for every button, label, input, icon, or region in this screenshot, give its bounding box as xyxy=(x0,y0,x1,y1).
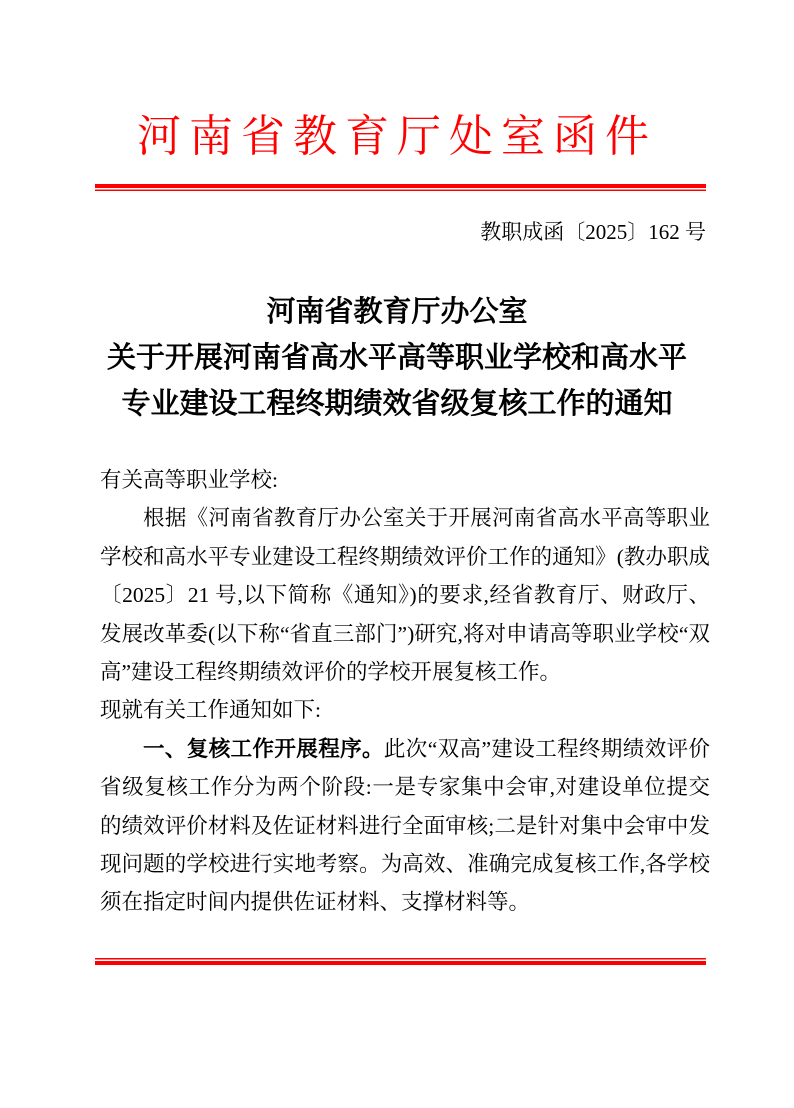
paragraph-1: 根据《河南省教育厅办公室关于开展河南省高水平高等职业学校和高水平专业建设工程终期… xyxy=(100,499,710,691)
document-title-line-2: 关于开展河南省高水平高等职业学校和高水平 xyxy=(0,335,794,381)
footer-divider-line xyxy=(95,958,706,965)
paragraph-2-heading: 一、复核工作开展程序。 xyxy=(143,737,384,761)
document-title-line-3: 专业建设工程终期绩效省级复核工作的通知 xyxy=(0,381,794,427)
paragraph-2: 一、复核工作开展程序。此次“双高”建设工程终期绩效评价省级复核工作分为两个阶段:… xyxy=(100,730,710,922)
paragraph-1-closing: 现就有关工作通知如下: xyxy=(100,691,710,729)
letterhead-title: 河南省教育厅处室函件 xyxy=(0,100,794,164)
document-page: 河南省教育厅处室函件 教职成函〔2025〕162 号 河南省教育厅办公室 关于开… xyxy=(0,0,794,1108)
document-body: 有关高等职业学校: 根据《河南省教育厅办公室关于开展河南省高水平高等职业学校和高… xyxy=(100,461,710,922)
document-title-line-1: 河南省教育厅办公室 xyxy=(0,289,794,335)
letterhead-divider-line xyxy=(95,184,706,191)
document-title: 河南省教育厅办公室 关于开展河南省高水平高等职业学校和高水平 专业建设工程终期绩… xyxy=(0,289,794,427)
paragraph-2-text: 此次“双高”建设工程终期绩效评价省级复核工作分为两个阶段:一是专家集中会审,对建… xyxy=(100,737,710,915)
document-number: 教职成函〔2025〕162 号 xyxy=(480,219,706,245)
salutation: 有关高等职业学校: xyxy=(100,461,710,499)
